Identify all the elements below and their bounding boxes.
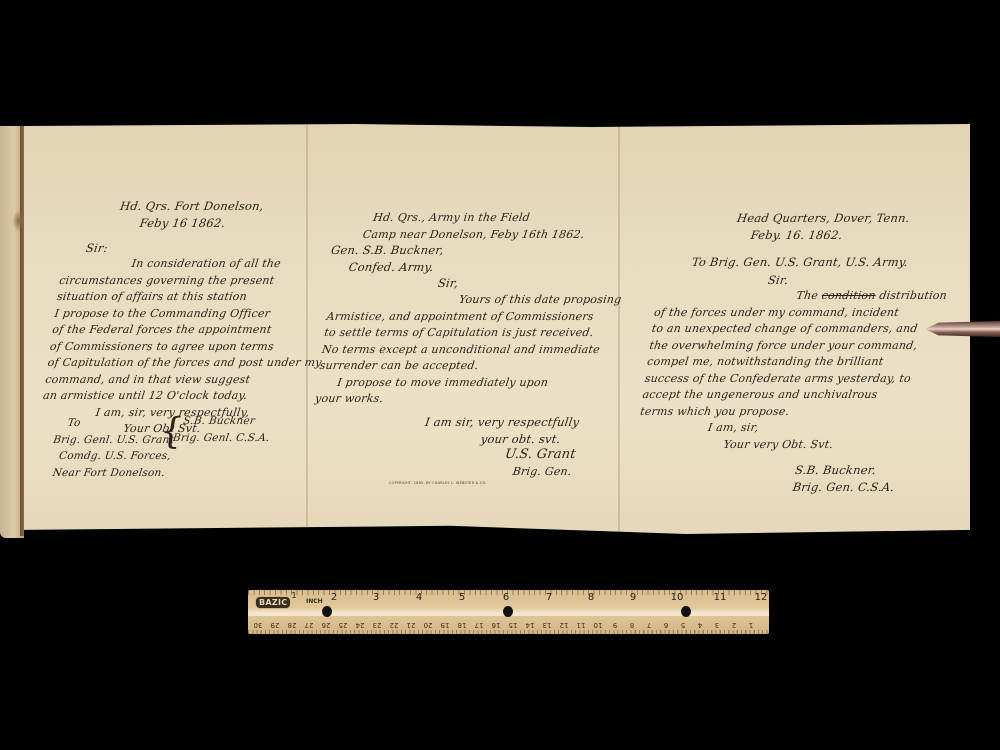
cm-number: 3: [715, 621, 719, 629]
letter-2-body: Yours of this date proposing Armistice, …: [314, 292, 623, 408]
body-line: of the Federal forces the appointment: [51, 322, 327, 339]
heading-line: Feby. 16. 1862.: [734, 227, 909, 244]
signature-line: Brig. Gen.: [502, 463, 575, 480]
cm-number: 7: [647, 621, 651, 629]
fold-line: [618, 124, 620, 534]
body-word: distribution: [875, 289, 948, 302]
body-line: an armistice until 12 O'clock today.: [42, 388, 318, 405]
cm-number: 4: [698, 621, 702, 629]
inch-number: 8: [588, 592, 594, 603]
letter-3-addressee: To Brig. Gen. U.S. Grant, U.S. Army.: [691, 254, 909, 271]
body-line: circumstances governing the present: [58, 273, 334, 290]
cm-number: 30: [254, 621, 263, 629]
cm-number: 9: [613, 621, 617, 629]
folded-document: Hd. Qrs. Fort Donelson, Feby 16 1862. Si…: [24, 124, 970, 534]
cm-number: 22: [390, 621, 399, 629]
cm-number: 14: [526, 621, 535, 629]
heading-line: Head Quarters, Dover, Tenn.: [736, 210, 911, 227]
addressee-line: Gen. S.B. Buckner,: [330, 242, 445, 259]
body-line: of the forces under my command, incident: [653, 305, 946, 322]
heading-line: Hd. Qrs., Army in the Field: [372, 210, 588, 227]
cm-number: 5: [681, 621, 685, 629]
letter-2-closing: I am sir, very respectfully your obt. sv…: [422, 414, 581, 447]
body-line: terms which you propose.: [639, 404, 932, 421]
body-word: The: [796, 289, 823, 302]
cm-number: 19: [441, 621, 450, 629]
signature-line: S.B. Buckner: [174, 414, 273, 431]
inch-number: 4: [416, 592, 422, 603]
signature-line: U.S. Grant: [504, 446, 577, 463]
signature-line: S.B. Buckner.: [794, 462, 898, 479]
cm-number: 29: [271, 621, 280, 629]
inch-number: 10: [671, 592, 684, 603]
inch-number: 6: [503, 592, 509, 603]
body-line: the overwhelming force under your comman…: [648, 338, 941, 355]
heading-line: Hd. Qrs. Fort Donelson,: [119, 198, 265, 215]
body-line: of Capitulation of the forces and post u…: [47, 355, 323, 372]
cm-number: 8: [630, 621, 634, 629]
letter-1-heading: Hd. Qrs. Fort Donelson, Feby 16 1862.: [117, 198, 265, 231]
addressee-line: Near Fort Donelson.: [47, 466, 170, 483]
body-line: surrender can be accepted.: [319, 358, 614, 375]
letter-1-body: In consideration of all the circumstance…: [37, 256, 336, 438]
cm-number: 21: [407, 621, 416, 629]
inch-number: 11: [714, 592, 727, 603]
body-line: Yours of this date proposing: [328, 292, 623, 309]
body-line: to an unexpected change of commanders, a…: [651, 321, 944, 338]
body-line: command, and in that view suggest: [44, 372, 320, 389]
cm-number: 20: [424, 621, 433, 629]
body-line: to settle terms of Capitulation is just …: [323, 325, 618, 342]
binding-gutter: [20, 126, 24, 536]
letter-3-heading: Head Quarters, Dover, Tenn. Feby. 16. 18…: [734, 210, 911, 243]
cm-number: 15: [509, 621, 518, 629]
addressee-line: Comdg. U.S. Forces,: [50, 449, 173, 466]
body-line: I propose to move immediately upon: [316, 375, 611, 392]
heading-line: Feby 16 1862.: [117, 215, 263, 232]
closing-line: your obt. svt.: [422, 431, 578, 448]
inch-number: 5: [459, 592, 465, 603]
closing-line: Your very Obt. Svt.: [634, 437, 927, 454]
body-line: accept the ungenerous and unchivalrous: [641, 387, 934, 404]
ruler: BAZIC INCH 1 2 3 4 5 6 7 8 9 10 11 12 30…: [248, 590, 769, 634]
unit-label: INCH: [306, 598, 323, 605]
cm-number: 28: [288, 621, 297, 629]
cm-ticks: [248, 630, 769, 634]
cm-number: 12: [560, 621, 569, 629]
cm-number: 26: [322, 621, 331, 629]
ruler-hole: [503, 606, 513, 617]
cm-number: 23: [373, 621, 382, 629]
body-line: No terms except a unconditional and imme…: [321, 342, 616, 359]
brand-logo: BAZIC: [255, 596, 291, 609]
addressee-line: Confed. Army.: [328, 259, 443, 276]
cm-number: 16: [492, 621, 501, 629]
addressee-line: To: [54, 416, 177, 433]
letter-2-heading: Hd. Qrs., Army in the Field Camp near Do…: [370, 210, 588, 243]
body-line: Armistice, and appointment of Commission…: [325, 309, 620, 326]
struck-word: condition: [821, 289, 877, 302]
inch-number: 1: [291, 591, 296, 600]
letter-3-body: The condition distribution of the forces…: [634, 288, 948, 453]
body-line: your works.: [314, 391, 609, 408]
cm-number: 13: [543, 621, 552, 629]
inch-number: 12: [755, 592, 768, 603]
paper-stain: [12, 210, 26, 232]
signature-line: Brig. Gen. C.S.A.: [792, 479, 896, 496]
cm-number: 17: [475, 621, 484, 629]
copyright-notice: COPYRIGHT, 1885, BY CHARLES L. WEBSTER &…: [389, 481, 487, 485]
photo-scene: Hd. Qrs. Fort Donelson, Feby 16 1862. Si…: [0, 0, 1000, 750]
cm-number: 10: [594, 621, 603, 629]
heading-line: Camp near Donelson, Feby 16th 1862.: [362, 227, 586, 244]
body-line: of Commissioners to agree upon terms: [49, 339, 325, 356]
letter-1-salutation: Sir:: [85, 240, 109, 257]
inch-number: 9: [630, 592, 636, 603]
inch-number: 2: [331, 592, 337, 603]
closing-line: I am sir, very respectfully: [424, 414, 580, 431]
cm-number: 2: [732, 621, 736, 629]
body-line: situation of affairs at this station: [56, 289, 332, 306]
body-line: In consideration of all the: [60, 256, 336, 273]
letter-2-signature: U.S. Grant Brig. Gen.: [502, 446, 577, 479]
cm-number: 1: [749, 621, 753, 629]
cm-number: 24: [356, 621, 365, 629]
letter-1-signature: S.B. Buckner Brig. Genl. C.S.A.: [172, 414, 273, 447]
cm-number: 25: [339, 621, 348, 629]
signature-line: Brig. Genl. C.S.A.: [172, 431, 271, 448]
body-line: compel me, notwithstanding the brilliant: [646, 354, 939, 371]
letter-2-salutation: Sir,: [437, 275, 460, 292]
ruler-hole: [681, 606, 691, 617]
addressee-line: Brig. Genl. U.S. Grant: [52, 433, 175, 450]
letter-3-signature: S.B. Buckner. Brig. Gen. C.S.A.: [792, 462, 898, 495]
inch-number: 7: [546, 592, 552, 603]
inch-number: 3: [373, 592, 379, 603]
letter-2-addressee: Gen. S.B. Buckner, Confed. Army.: [328, 242, 445, 275]
body-line: success of the Confederate arms yesterda…: [644, 371, 937, 388]
letter-3-salutation: Sir.: [767, 272, 790, 289]
closing-line: I am, sir,: [637, 420, 930, 437]
cm-number: 18: [458, 621, 467, 629]
ruler-hole: [322, 606, 332, 617]
cm-number: 11: [577, 621, 586, 629]
cm-number: 6: [664, 621, 668, 629]
cm-number: 27: [305, 621, 314, 629]
body-line: I propose to the Commanding Officer: [53, 306, 329, 323]
